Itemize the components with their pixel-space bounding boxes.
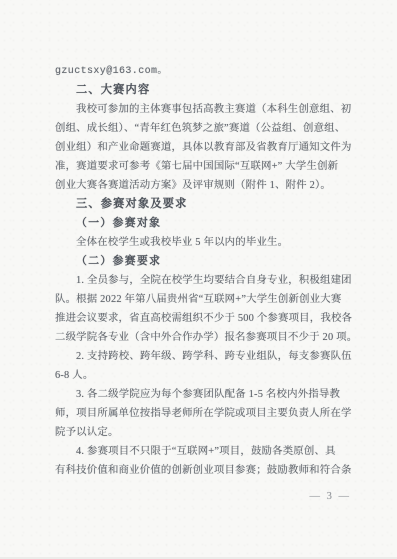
section-heading: 二、大赛内容 xyxy=(55,81,355,100)
text-line: 院予以认定。 xyxy=(55,423,355,442)
text-line: 推进会议要求，省直高校需组织不少于 500 个参赛项目，我校各 xyxy=(55,309,355,328)
text-line: 准，赛道要求可参考《第七届中国国际“互联网+” 大学生创新 xyxy=(55,157,355,176)
document-page: gzuctsxy@163.com。二、大赛内容我校可参加的主体赛事包括高教主赛道… xyxy=(0,0,397,559)
text-line: 师，项目所属单位按指导老师所在学院或项目主要负责人所在学 xyxy=(55,404,355,423)
text-line: 4. 参赛项目不只限于“互联网+”项目，鼓励各类原创、具 xyxy=(55,442,355,461)
email-text: gzuctsxy@163.com。 xyxy=(55,62,355,81)
text-line: 创组、成长组）、“青年红色筑梦之旅”赛道（公益组、创意组、 xyxy=(55,119,355,138)
text-line: 全体在校学生或我校毕业 5 年以内的毕业生。 xyxy=(55,233,355,252)
text-line: 6-8 人。 xyxy=(55,366,355,385)
text-line: 二级学院各专业（含中外合作办学）报名参赛项目不少于 20 项。 xyxy=(55,328,355,347)
text-line: 2. 支持跨校、跨年级、跨学科、跨专业组队，每支参赛队伍 xyxy=(55,347,355,366)
text-line: 我校可参加的主体赛事包括高教主赛道（本科生创意组、初 xyxy=(55,100,355,119)
document-body: gzuctsxy@163.com。二、大赛内容我校可参加的主体赛事包括高教主赛道… xyxy=(55,62,355,480)
text-line: 1. 全员参与，全院在校学生均要结合自身专业，积极组建团 xyxy=(55,271,355,290)
subsection-heading: （一）参赛对象 xyxy=(55,214,355,233)
subsection-heading: （二）参赛要求 xyxy=(55,252,355,271)
text-line: 3. 各二级学院应为每个参赛团队配备 1-5 名校内外指导教 xyxy=(55,385,355,404)
text-line: 有科技价值和商业价值的创新创业项目参赛；鼓励教师和符合条 xyxy=(55,461,355,480)
page-number: — 3 — xyxy=(310,490,352,504)
text-line: 创业组）和产业命题赛道，具体以教育部及省教育厅通知文件为 xyxy=(55,138,355,157)
text-line: 队。根据 2022 年第八届贵州省“互联网+”大学生创新创业大赛 xyxy=(55,290,355,309)
text-line: 创业大赛各赛道活动方案》及评审规则（附件 1、附件 2）。 xyxy=(55,176,355,195)
section-heading: 三、参赛对象及要求 xyxy=(55,195,355,214)
